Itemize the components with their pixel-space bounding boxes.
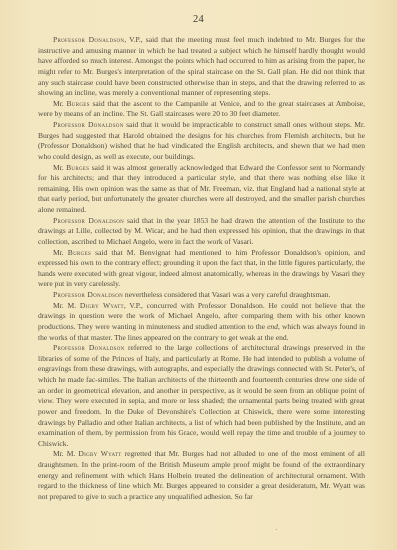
speaker-name: Professor Donaldson xyxy=(53,216,124,225)
italic-word: end xyxy=(267,322,278,331)
speaker-name: Professor Donaldson xyxy=(53,35,124,44)
paragraph-text: nevertheless considered that Vasari was … xyxy=(123,290,330,299)
paragraph-1: Professor Donaldson, V.P., said that the… xyxy=(38,35,365,99)
paragraph-9: Professor Donaldson referred to the larg… xyxy=(38,343,365,449)
speaker-name: Digby Wyatt xyxy=(80,301,124,310)
speaker-name: Professor Donaldson xyxy=(53,290,123,299)
paragraph-2: Mr. Burges said that the ascent to the C… xyxy=(38,99,365,120)
speaker-prefix: Mr. M. xyxy=(53,449,78,458)
paragraph-text: , V.P., said that the meeting must feel … xyxy=(38,35,365,97)
speaker-name: Burges xyxy=(66,99,89,108)
paragraph-6: Mr. Burges said that M. Benvignat had me… xyxy=(38,248,365,291)
paragraph-5: Professor Donaldson said that in the yea… xyxy=(38,216,365,248)
paper-speck xyxy=(276,529,277,530)
paragraph-10: Mr. M. Digby Wyatt regretted that Mr. Bu… xyxy=(38,449,365,502)
speaker-name: Professor Donaldson xyxy=(53,343,125,352)
paragraph-8: Mr. M. Digby Wyatt, V.P., concurred with… xyxy=(38,301,365,344)
speaker-name: Burges xyxy=(66,163,89,172)
paragraph-3: Professor Donaldson said that it would b… xyxy=(38,120,365,163)
speaker-prefix: Mr. M. xyxy=(53,301,80,310)
paragraph-text: referred to the large collections of arc… xyxy=(38,343,365,448)
speaker-prefix: Mr. xyxy=(53,248,68,257)
speaker-prefix: Mr. xyxy=(53,99,66,108)
speaker-name: Burges xyxy=(68,248,91,257)
speaker-name: Professor Donaldson xyxy=(53,120,124,129)
document-page: 24 Professor Donaldson, V.P., said that … xyxy=(0,0,397,550)
body-text: Professor Donaldson, V.P., said that the… xyxy=(38,35,365,503)
speaker-prefix: Mr. xyxy=(53,163,66,172)
page-number: 24 xyxy=(0,14,397,25)
speaker-name: Digby Wyatt xyxy=(78,449,121,458)
paragraph-7: Professor Donaldson nevertheless conside… xyxy=(38,290,365,301)
paragraph-4: Mr. Burges said it was almost generally … xyxy=(38,163,365,216)
